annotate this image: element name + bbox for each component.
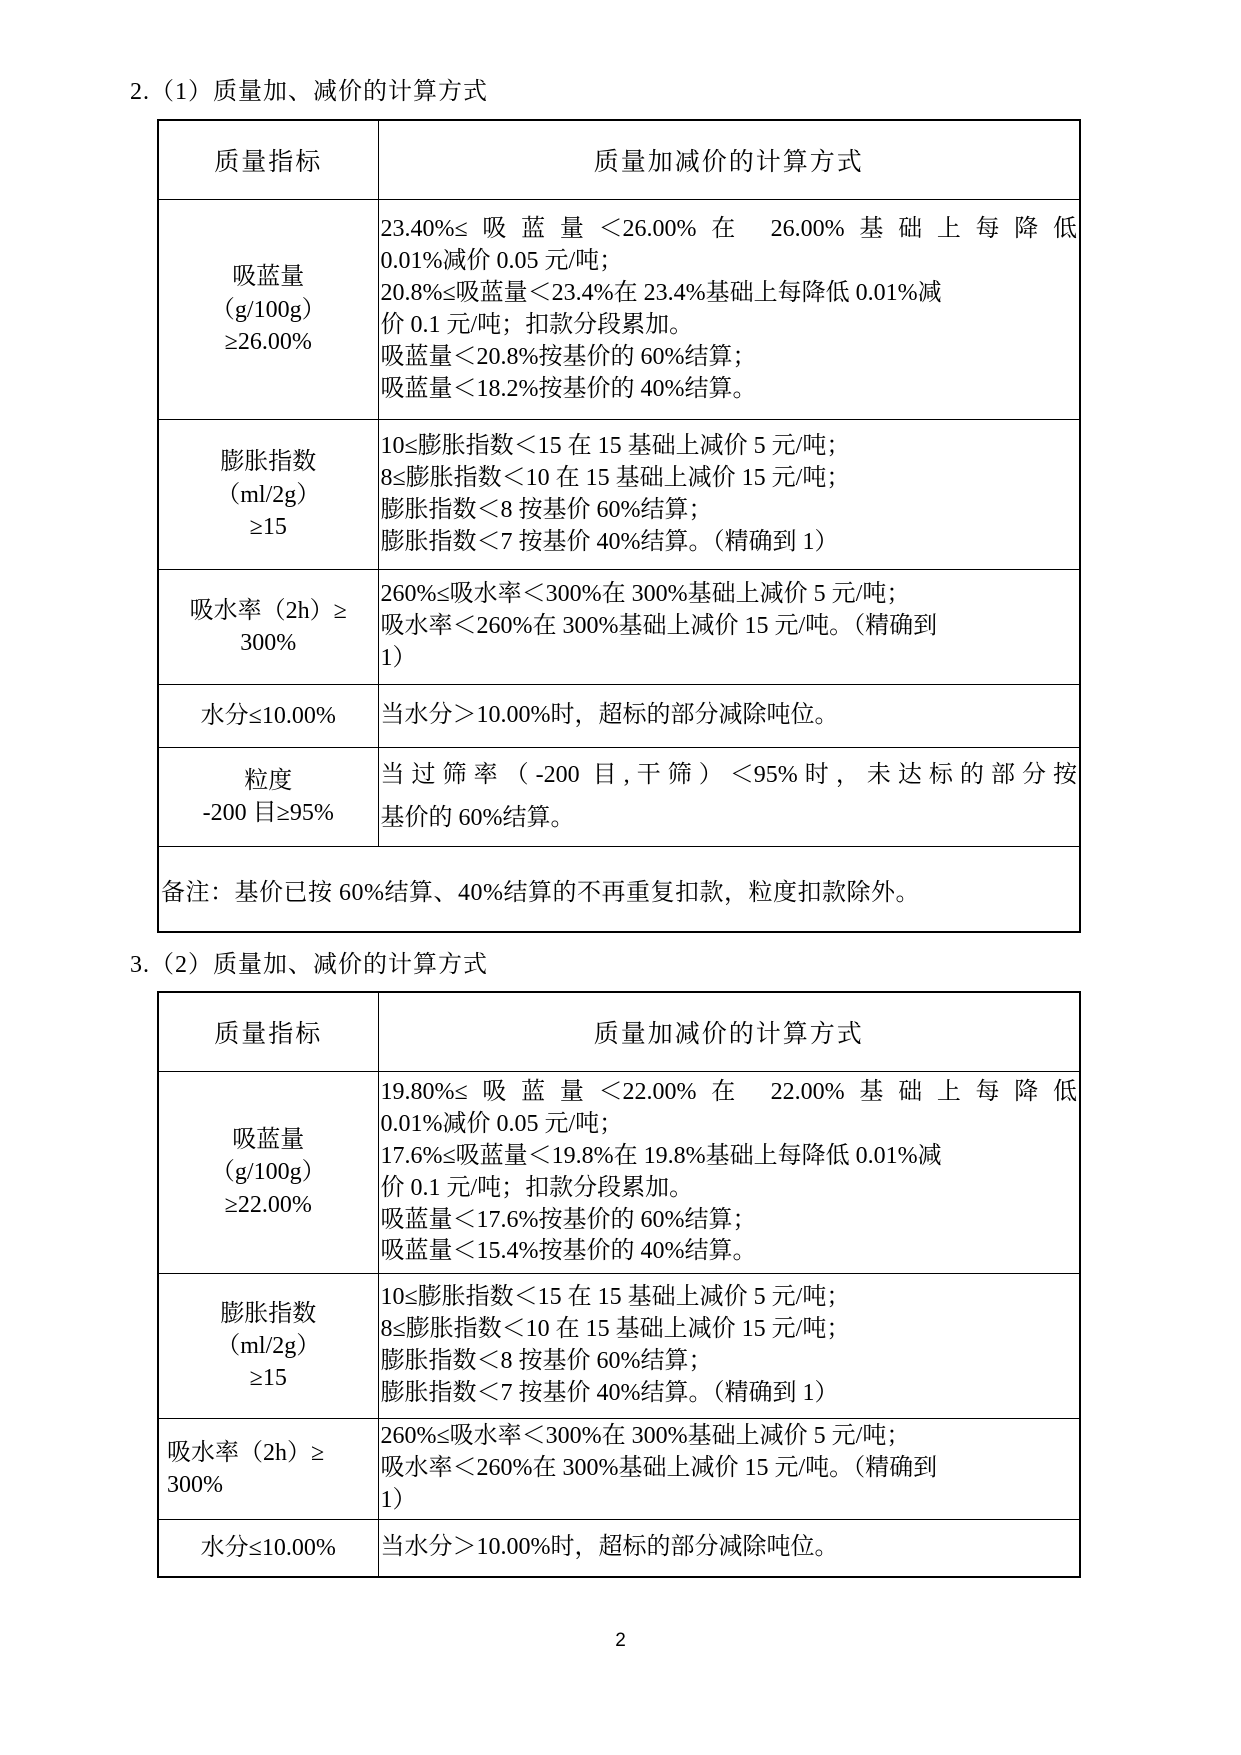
table-note-row: 备注：基价已按 60%结算、40%结算的不再重复扣款，粒度扣款除外。	[158, 847, 1080, 932]
cell-line: 膨胀指数＜7 按基价 40%结算。（精确到 1）	[381, 527, 1078, 559]
table-row-moisture: 水分≤10.00% 当水分＞10.00%时，超标的部分减除吨位。	[158, 1519, 1080, 1577]
content-cell: 260%≤吸水率＜300%在 300%基础上减价 5 元/吨； 吸水率＜260%…	[378, 1419, 1080, 1520]
header-quality-indicator: 质量指标	[158, 120, 378, 200]
cell-line: 19.80%≤吸蓝量＜22.00%在 22.00%基础上每降低	[381, 1077, 1078, 1109]
cell-line: 23.40%≤吸蓝量＜26.00%在 26.00%基础上每降低	[381, 214, 1078, 246]
page-number: 2	[0, 1630, 1241, 1652]
table-row-expansion-index: 膨胀指数 （ml/2g） ≥15 10≤膨胀指数＜15 在 15 基础上减价 5…	[158, 1274, 1080, 1419]
label-cell: 膨胀指数 （ml/2g） ≥15	[158, 420, 378, 570]
table-row-water-absorption: 吸水率（2h）≥ 300% 260%≤吸水率＜300%在 300%基础上减价 5…	[158, 1419, 1080, 1520]
content-cell: 19.80%≤吸蓝量＜22.00%在 22.00%基础上每降低 0.01%减价 …	[378, 1072, 1080, 1274]
cell-line: 17.6%≤吸蓝量＜19.8%在 19.8%基础上每降低 0.01%减	[381, 1141, 1078, 1173]
label-cell: 吸水率（2h）≥ 300%	[158, 1419, 378, 1520]
cell-line: 8≤膨胀指数＜10 在 15 基础上减价 15 元/吨；	[381, 463, 1078, 495]
cell-line: 吸蓝量＜20.8%按基价的 60%结算；	[381, 342, 1078, 374]
label-cell: 吸水率（2h）≥ 300%	[158, 570, 378, 685]
section-2-heading: 3.（2）质量加、减价的计算方式	[130, 951, 1241, 980]
content-cell: 10≤膨胀指数＜15 在 15 基础上减价 5 元/吨； 8≤膨胀指数＜10 在…	[378, 1274, 1080, 1419]
label-cell: 吸蓝量 （g/100g） ≥26.00%	[158, 200, 378, 420]
label-line: （g/100g）	[161, 294, 376, 326]
note-cell: 备注：基价已按 60%结算、40%结算的不再重复扣款，粒度扣款除外。	[158, 847, 1080, 932]
header-calculation-method: 质量加减价的计算方式	[378, 120, 1080, 200]
label-cell: 水分≤10.00%	[158, 1519, 378, 1577]
cell-line: 当水分＞10.00%时，超标的部分减除吨位。	[381, 700, 1078, 732]
table-header-row: 质量指标 质量加减价的计算方式	[158, 992, 1080, 1072]
cell-line: 价 0.1 元/吨；扣款分段累加。	[381, 310, 1078, 342]
label-line: 300%	[167, 1469, 376, 1501]
cell-line: 膨胀指数＜7 按基价 40%结算。（精确到 1）	[381, 1378, 1078, 1410]
label-line: 粒度	[161, 765, 376, 797]
label-line: -200 目≥95%	[161, 797, 376, 829]
section-1-heading: 2.（1）质量加、减价的计算方式	[130, 0, 1241, 107]
cell-line: 膨胀指数＜8 按基价 60%结算；	[381, 495, 1078, 527]
cell-line: 吸蓝量＜18.2%按基价的 40%结算。	[381, 374, 1078, 406]
label-line: 水分≤10.00%	[161, 1532, 376, 1564]
label-line: 膨胀指数	[161, 446, 376, 478]
content-cell: 当水分＞10.00%时，超标的部分减除吨位。	[378, 685, 1080, 748]
quality-price-table-1: 质量指标 质量加减价的计算方式 吸蓝量 （g/100g） ≥26.00% 23.…	[157, 119, 1081, 933]
label-line: 吸蓝量	[161, 261, 376, 293]
content-cell: 23.40%≤吸蓝量＜26.00%在 26.00%基础上每降低 0.01%减价 …	[378, 200, 1080, 420]
label-line: ≥22.00%	[161, 1189, 376, 1221]
label-line: ≥15	[161, 1362, 376, 1394]
cell-line: 8≤膨胀指数＜10 在 15 基础上减价 15 元/吨；	[381, 1314, 1078, 1346]
content-cell: 当水分＞10.00%时，超标的部分减除吨位。	[378, 1519, 1080, 1577]
cell-line: 20.8%≤吸蓝量＜23.4%在 23.4%基础上每降低 0.01%减	[381, 278, 1078, 310]
label-line: （ml/2g）	[161, 1330, 376, 1362]
table-row-blue-absorption: 吸蓝量 （g/100g） ≥26.00% 23.40%≤吸蓝量＜26.00%在 …	[158, 200, 1080, 420]
label-line: （ml/2g）	[161, 479, 376, 511]
cell-line: 10≤膨胀指数＜15 在 15 基础上减价 5 元/吨；	[381, 431, 1078, 463]
cell-line: 1）	[381, 643, 1078, 675]
label-line: ≥15	[161, 511, 376, 543]
table-row-expansion-index: 膨胀指数 （ml/2g） ≥15 10≤膨胀指数＜15 在 15 基础上减价 5…	[158, 420, 1080, 570]
cell-line: 1）	[381, 1485, 1078, 1517]
cell-line: 0.01%减价 0.05 元/吨；	[381, 1109, 1078, 1141]
content-cell: 当过筛率（-200 目,干筛）＜95%时，未达标的部分按 基价的 60%结算。	[378, 748, 1080, 847]
cell-line: 260%≤吸水率＜300%在 300%基础上减价 5 元/吨；	[381, 1421, 1078, 1453]
cell-line: 260%≤吸水率＜300%在 300%基础上减价 5 元/吨；	[381, 579, 1078, 611]
table-row-blue-absorption: 吸蓝量 （g/100g） ≥22.00% 19.80%≤吸蓝量＜22.00%在 …	[158, 1072, 1080, 1274]
header-quality-indicator: 质量指标	[158, 992, 378, 1072]
label-line: 吸水率（2h）≥	[161, 595, 376, 627]
cell-line: 吸蓝量＜15.4%按基价的 40%结算。	[381, 1236, 1078, 1268]
label-cell: 吸蓝量 （g/100g） ≥22.00%	[158, 1072, 378, 1274]
content-cell: 260%≤吸水率＜300%在 300%基础上减价 5 元/吨； 吸水率＜260%…	[378, 570, 1080, 685]
table-row-particle-size: 粒度 -200 目≥95% 当过筛率（-200 目,干筛）＜95%时，未达标的部…	[158, 748, 1080, 847]
table-row-moisture: 水分≤10.00% 当水分＞10.00%时，超标的部分减除吨位。	[158, 685, 1080, 748]
label-line: ≥26.00%	[161, 326, 376, 358]
cell-line: 吸水率＜260%在 300%基础上减价 15 元/吨。（精确到	[381, 611, 1078, 643]
cell-line: 10≤膨胀指数＜15 在 15 基础上减价 5 元/吨；	[381, 1282, 1078, 1314]
cell-line: 基价的 60%结算。	[381, 797, 1078, 841]
label-line: 300%	[161, 627, 376, 659]
label-line: （g/100g）	[161, 1156, 376, 1188]
label-cell: 膨胀指数 （ml/2g） ≥15	[158, 1274, 378, 1419]
cell-line: 吸蓝量＜17.6%按基价的 60%结算；	[381, 1205, 1078, 1237]
label-line: 吸蓝量	[161, 1124, 376, 1156]
cell-line: 0.01%减价 0.05 元/吨；	[381, 246, 1078, 278]
label-line: 水分≤10.00%	[161, 700, 376, 732]
cell-line: 当过筛率（-200 目,干筛）＜95%时，未达标的部分按	[381, 754, 1078, 798]
quality-price-table-2: 质量指标 质量加减价的计算方式 吸蓝量 （g/100g） ≥22.00% 19.…	[157, 991, 1081, 1579]
cell-line: 当水分＞10.00%时，超标的部分减除吨位。	[381, 1532, 1078, 1564]
cell-line: 价 0.1 元/吨；扣款分段累加。	[381, 1173, 1078, 1205]
cell-line: 吸水率＜260%在 300%基础上减价 15 元/吨。（精确到	[381, 1453, 1078, 1485]
label-cell: 粒度 -200 目≥95%	[158, 748, 378, 847]
label-line: 吸水率（2h）≥	[167, 1437, 376, 1469]
content-cell: 10≤膨胀指数＜15 在 15 基础上减价 5 元/吨； 8≤膨胀指数＜10 在…	[378, 420, 1080, 570]
cell-line: 膨胀指数＜8 按基价 60%结算；	[381, 1346, 1078, 1378]
label-cell: 水分≤10.00%	[158, 685, 378, 748]
table-header-row: 质量指标 质量加减价的计算方式	[158, 120, 1080, 200]
table-row-water-absorption: 吸水率（2h）≥ 300% 260%≤吸水率＜300%在 300%基础上减价 5…	[158, 570, 1080, 685]
document-page: 2.（1）质量加、减价的计算方式 质量指标 质量加减价的计算方式 吸蓝量 （g/…	[0, 0, 1241, 1755]
header-calculation-method: 质量加减价的计算方式	[378, 992, 1080, 1072]
label-line: 膨胀指数	[161, 1298, 376, 1330]
